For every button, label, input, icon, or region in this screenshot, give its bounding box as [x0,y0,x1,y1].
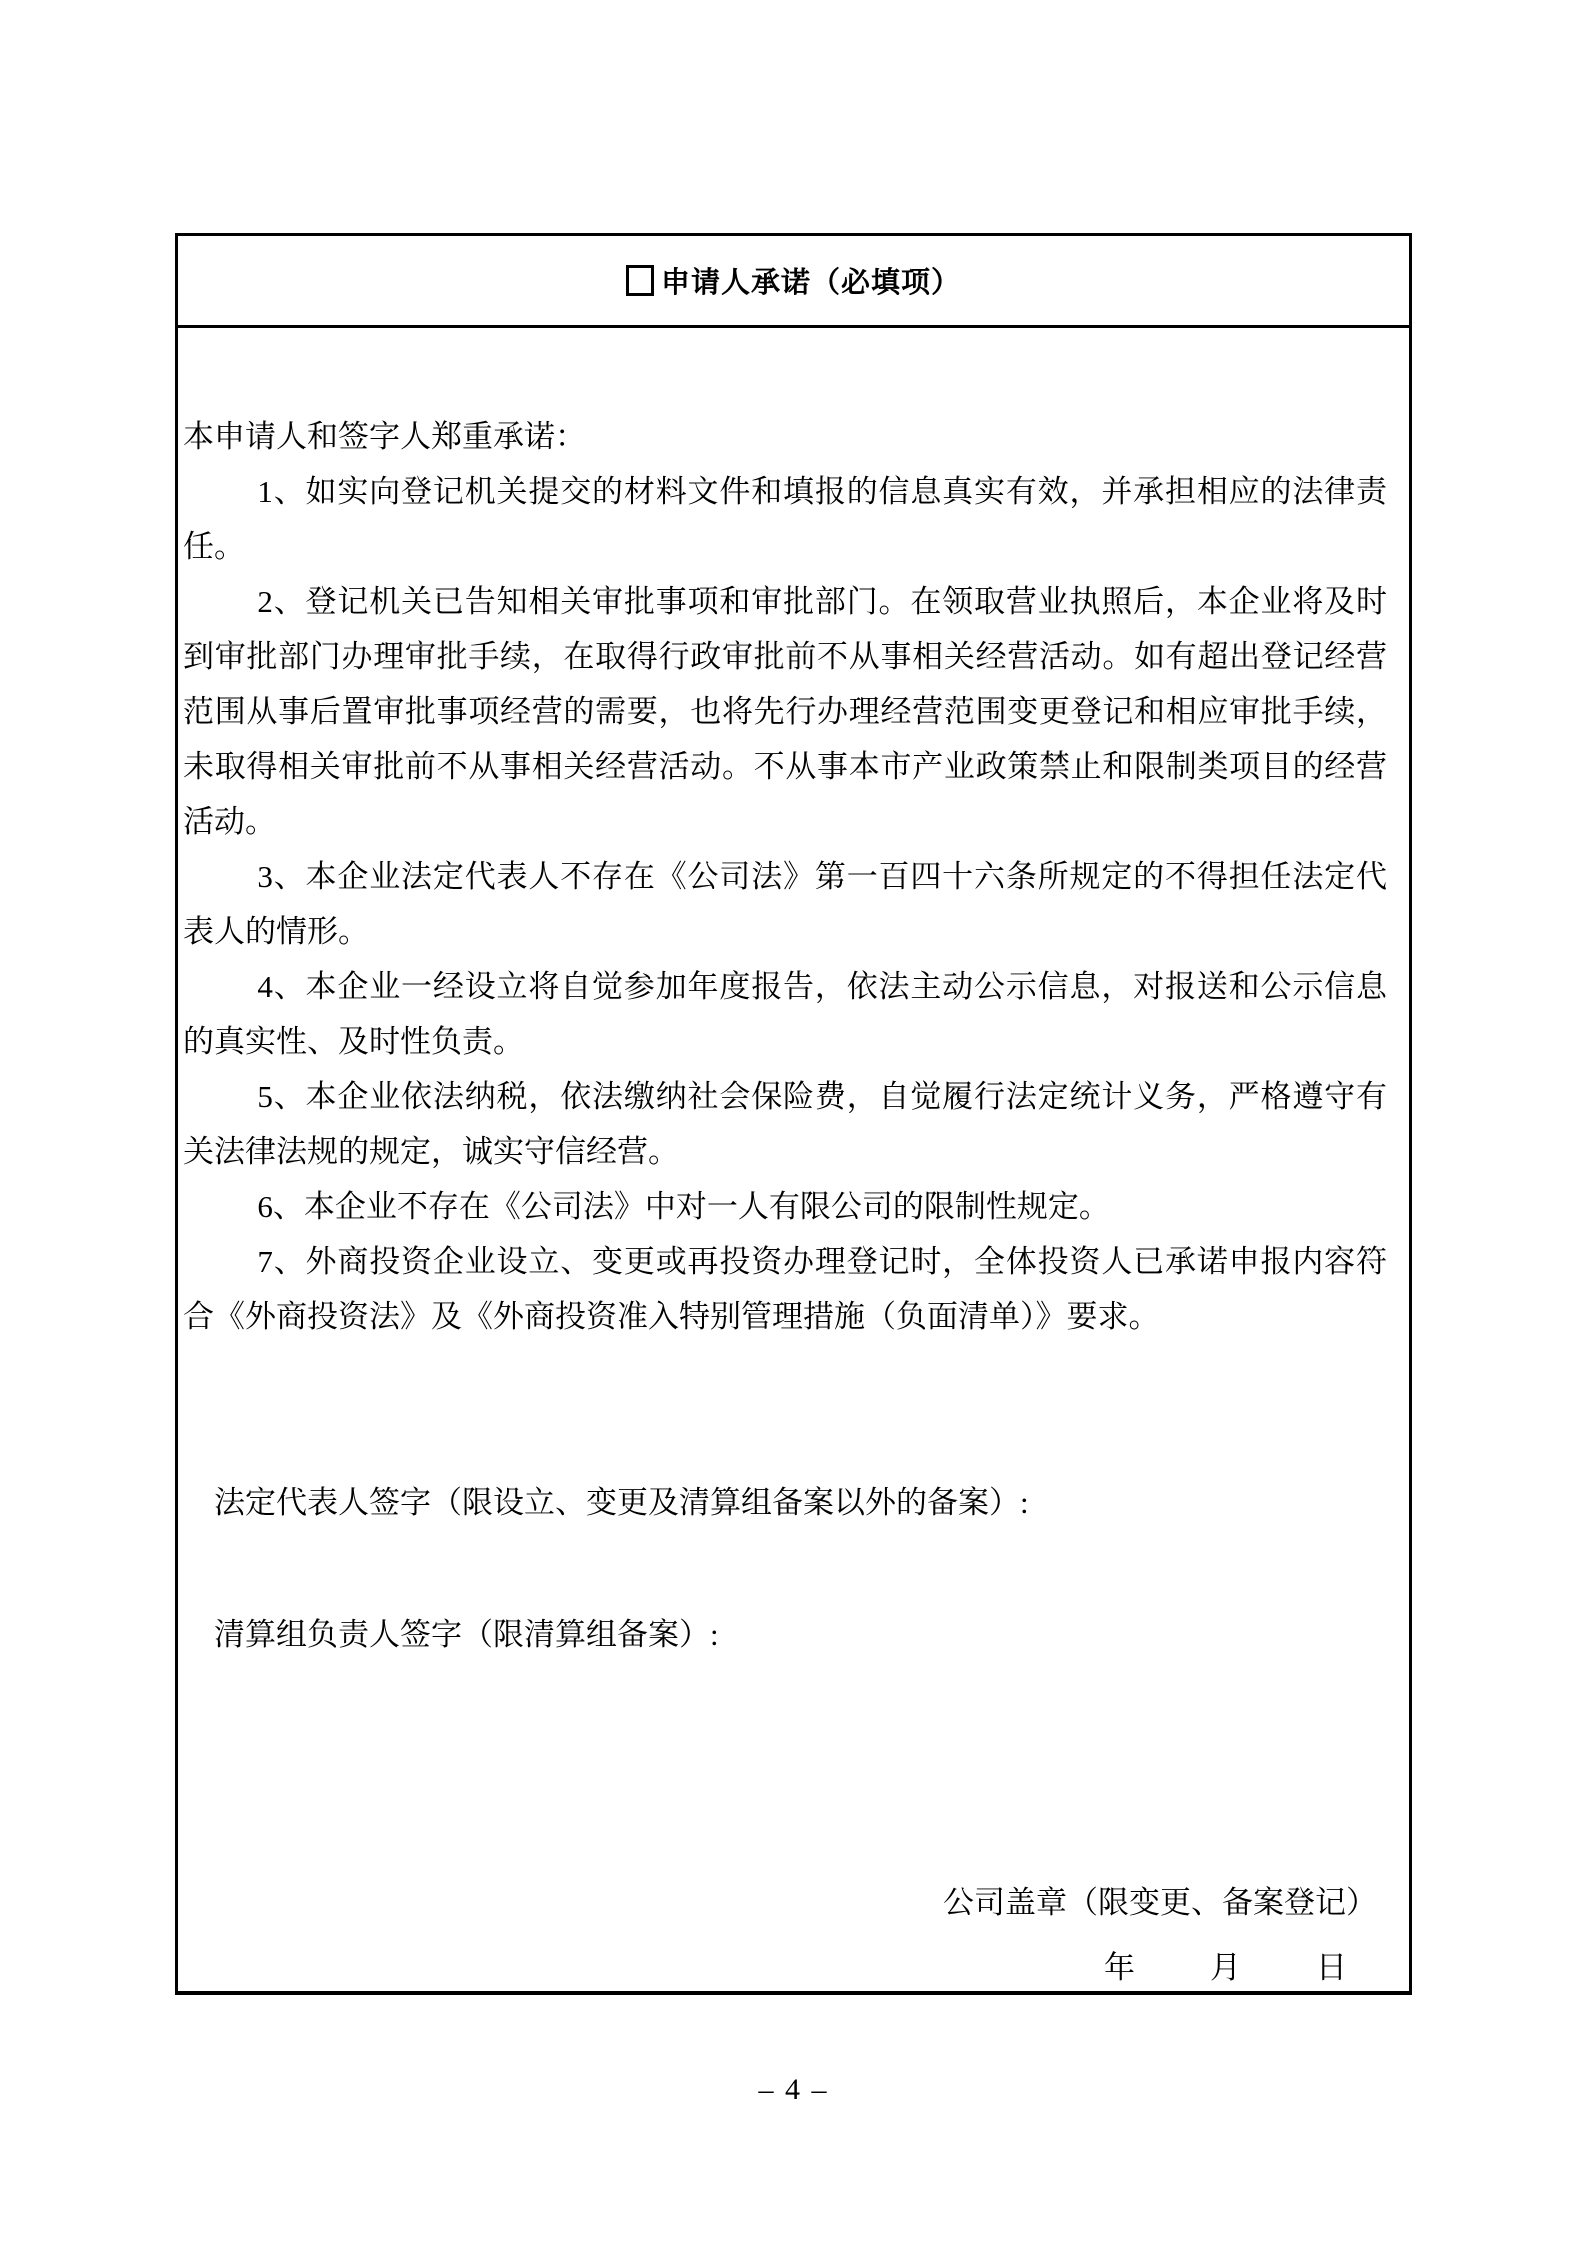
commitment-text: 本申请人和签字人郑重承诺： 1、如实向登记机关提交的材料文件和填报的信息真实有效… [178,328,1409,1344]
commitment-item: 1、如实向登记机关提交的材料文件和填报的信息真实有效，并承担相应的法律责任。 [183,464,1387,574]
date-month-label: 月 [1210,1940,1241,1995]
commitment-item: 5、本企业依法纳税，依法缴纳社会保险费，自觉履行法定统计义务，严格遵守有关法律法… [183,1069,1387,1179]
commitment-item: 2、登记机关已告知相关审批事项和审批部门。在领取营业执照后，本企业将及时到审批部… [183,574,1387,849]
commitment-item: 7、外商投资企业设立、变更或再投资办理登记时，全体投资人已承诺申报内容符合《外商… [183,1234,1387,1344]
page-number: – 4 – [0,2062,1587,2117]
commitment-item: 3、本企业法定代表人不存在《公司法》第一百四十六条所规定的不得担任法定代表人的情… [183,849,1387,959]
section-header: 申请人承诺（必填项） [178,236,1409,328]
section-title: 申请人承诺（必填项） [661,260,961,301]
date-year-label: 年 [1104,1940,1135,1995]
liquidation-signature-label: 清算组负责人签字（限清算组备案）: [186,1607,1387,1662]
company-seal-label: 公司盖章（限变更、备案登记） [178,1875,1377,1930]
commitment-item: 4、本企业一经设立将自觉参加年度报告，依法主动公示信息，对报送和公示信息的真实性… [183,959,1387,1069]
date-day-label: 日 [1316,1940,1347,1995]
date-line: 年 月 日 [178,1940,1347,1995]
commitment-intro: 本申请人和签字人郑重承诺： [183,409,1387,464]
commitment-item: 6、本企业不存在《公司法》中对一人有限公司的限制性规定。 [183,1179,1387,1234]
checkbox-icon [626,265,654,296]
page: 申请人承诺（必填项） 本申请人和签字人郑重承诺： 1、如实向登记机关提交的材料文… [0,0,1587,2245]
legal-rep-signature-label: 法定代表人签字（限设立、变更及清算组备案以外的备案）: [186,1475,1387,1530]
applicant-commitment-box: 申请人承诺（必填项） 本申请人和签字人郑重承诺： 1、如实向登记机关提交的材料文… [175,233,1412,1995]
